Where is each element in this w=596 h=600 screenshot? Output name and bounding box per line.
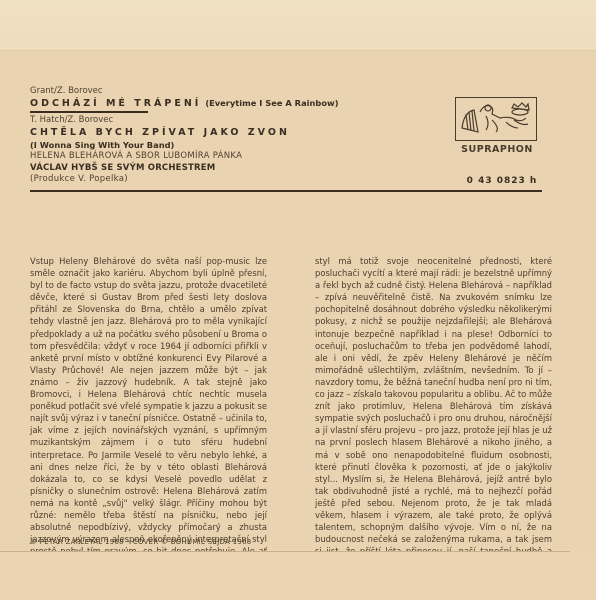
paper-top-flap bbox=[0, 0, 596, 51]
production-credit: (Produkce V. Popelka) bbox=[30, 174, 400, 185]
copyright-notice: © PETAR ZAPLETAL 1968 – COVER © BOHUMIL … bbox=[30, 538, 252, 546]
track-1-title: ODCHÁZÍ MÉ TRÁPENÍ(Everytime I See A Rai… bbox=[30, 97, 400, 110]
header-divider bbox=[30, 190, 542, 192]
track-1-author: Grant/Z. Borovec bbox=[30, 86, 400, 97]
supraphon-logo-icon bbox=[455, 97, 537, 141]
orchestra-credit: VÁCLAV HYBŠ SE SVÝM ORCHESTREM bbox=[30, 162, 400, 174]
singer-credit: HELENA BLEHÁROVÁ A SBOR LUBOMÍRA PÁNKA bbox=[30, 151, 400, 162]
track-credits: Grant/Z. Borovec ODCHÁZÍ MÉ TRÁPENÍ(Ever… bbox=[30, 86, 400, 185]
side-divider bbox=[30, 111, 148, 113]
label-name: SUPRAPHON bbox=[455, 144, 539, 155]
track-2-original-title: (I Wonna Sing With Your Band) bbox=[30, 139, 400, 151]
track-1-title-text: ODCHÁZÍ MÉ TRÁPENÍ bbox=[30, 98, 201, 109]
liner-notes-right-column: styl má totiž svoje neocenitelné přednos… bbox=[315, 255, 552, 586]
track-2-author: T. Hatch/Z. Borovec bbox=[30, 115, 400, 126]
track-1-original-title: (Everytime I See A Rainbow) bbox=[205, 98, 338, 108]
liner-notes-paragraph: styl má totiž svoje neocenitelné přednos… bbox=[315, 255, 552, 569]
track-2-title: CHTĚLA BYCH ZPÍVAT JAKO ZVON bbox=[30, 126, 400, 139]
paper-bottom-flap bbox=[0, 552, 596, 600]
catalog-number: 0 43 0823 h bbox=[462, 176, 542, 186]
